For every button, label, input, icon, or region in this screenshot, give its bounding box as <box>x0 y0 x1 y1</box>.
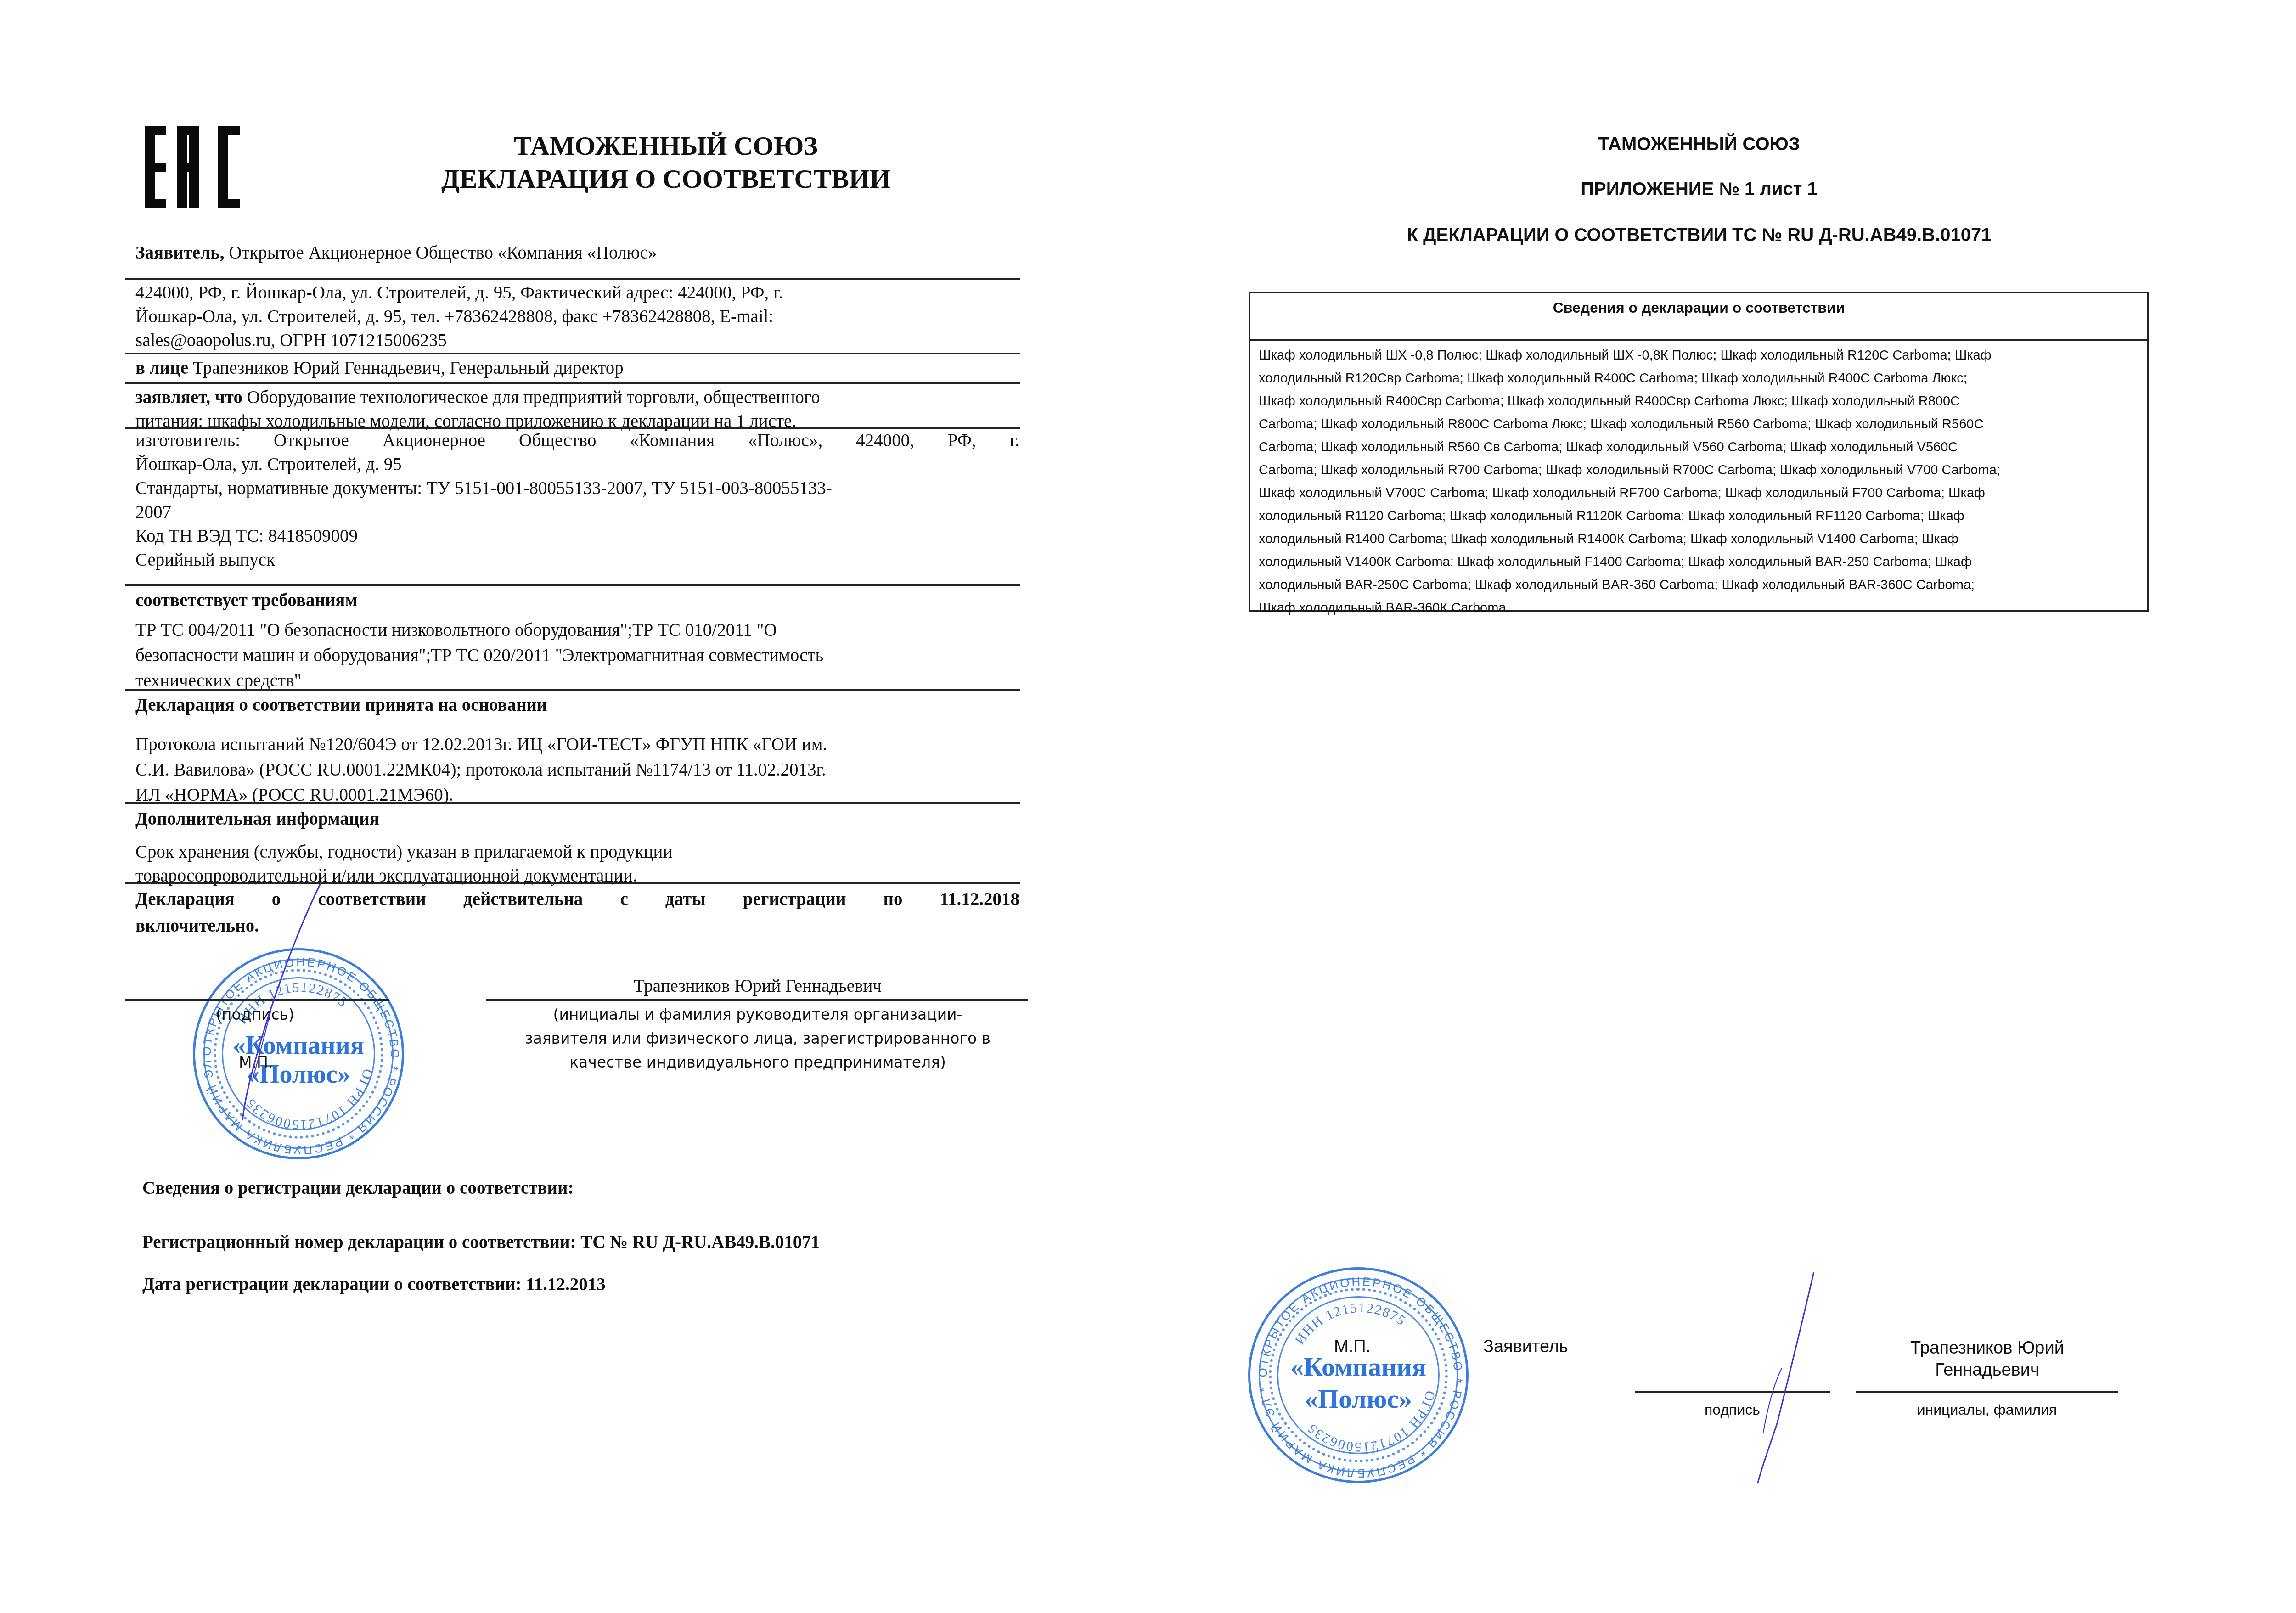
page-title: ТАМОЖЕННЫЙ СОЮЗ ДЕКЛАРАЦИЯ О СООТВЕТСТВИ… <box>321 129 1010 196</box>
signer-name-line: Геннадьевич <box>1855 1359 2119 1381</box>
stamp-place-label: М.П. <box>1334 1337 1371 1357</box>
divider <box>125 278 1020 280</box>
table-header: Сведения о декларации о соответствии <box>1250 293 2147 341</box>
caption-line: (инициалы и фамилия руководителя организ… <box>487 1003 1029 1027</box>
registration-heading: Сведения о регистрации декларации о соот… <box>142 1178 574 1198</box>
registration-date: Дата регистрации декларации о соответств… <box>142 1274 606 1295</box>
title-line-1: ТАМОЖЕННЫЙ СОЮЗ <box>321 129 1010 163</box>
name-line <box>486 999 1028 1001</box>
address-line: Йошкар-Ола, ул. Строителей, д. 95, тел. … <box>135 305 1019 329</box>
signer-name-line: Трапезников Юрий <box>1855 1337 2119 1359</box>
registration-number: Регистрационный номер декларации о соотв… <box>142 1232 820 1253</box>
table-line: холодильный R1120 Carboma; Шкаф холодиль… <box>1259 505 2136 528</box>
name-line <box>1856 1391 2118 1393</box>
table-line: холодильный V1400К Carboma; Шкаф холодил… <box>1259 551 2136 573</box>
signer-name: Трапезников Юрий Геннадьевич <box>487 976 1029 996</box>
table-line: Шкаф холодильный V700С Carboma; Шкаф хол… <box>1259 482 2136 505</box>
divider <box>125 382 1020 384</box>
table-line: Шкаф холодильный ШХ -0,8 Полюс; Шкаф хол… <box>1259 344 2136 367</box>
table-line: Шкаф холодильный BAR-360К Carboma. <box>1259 596 2136 619</box>
applicant-value: Открытое Акционерное Общество «Компания … <box>224 243 657 263</box>
standards-line: 2007 <box>135 500 1019 524</box>
basis-block: Протокола испытаний №120/604Э от 12.02.2… <box>135 732 1019 808</box>
table-line: холодильный R1400 Carboma; Шкаф холодиль… <box>1259 528 2136 551</box>
signature-stroke-icon <box>1699 1267 1818 1488</box>
signer-name: Трапезников Юрий Геннадьевич <box>1855 1337 2119 1381</box>
declaration-details-table: Сведения о декларации о соответствии Шка… <box>1249 292 2149 612</box>
divider <box>125 802 1020 804</box>
table-line: Carboma; Шкаф холодильный R700 Carboma; … <box>1259 459 2136 482</box>
signer-caption: (инициалы и фамилия руководителя организ… <box>487 1003 1029 1074</box>
manufacturer-line: Йошкар-Ола, ул. Строителей, д. 95 <box>135 453 1019 477</box>
basis-heading: Декларация о соответствии принята на осн… <box>135 693 1019 717</box>
appendix-title-line-1: ТАМОЖЕННЫЙ СОЮЗ <box>1249 134 2149 155</box>
declares-block: заявляет, что Оборудование технологическ… <box>135 386 1019 433</box>
divider <box>125 584 1020 586</box>
tn-ved-code: Код ТН ВЭД ТС: 8418509009 <box>135 524 1019 548</box>
title-line-2: ДЕКЛАРАЦИЯ О СООТВЕТСТВИИ <box>321 163 1010 196</box>
basis-line: ИЛ «НОРМА» (РОСС RU.0001.21МЭ60). <box>135 782 1019 808</box>
release-type: Серийный выпуск <box>135 548 1019 572</box>
manufacturer-block: изготовитель: Открытое Акционерное Общес… <box>135 429 1019 572</box>
divider <box>125 353 1020 354</box>
complies-heading: соответствует требованиям <box>135 589 1019 613</box>
caption-line: заявителя или физического лица, зарегист… <box>487 1027 1029 1051</box>
table-line: Carboma; Шкаф холодильный R560 Св Carbom… <box>1259 436 2136 459</box>
table-line: Carboma; Шкаф холодильный R800С Carboma … <box>1259 413 2136 436</box>
signature-stroke-icon <box>207 872 344 1130</box>
requirement-line: безопасности машин и оборудования";ТР ТС… <box>135 643 1019 668</box>
additional-line: Срок хранения (службы, годности) указан … <box>135 840 1019 864</box>
declares-label: заявляет, что <box>135 388 242 407</box>
manufacturer-line: изготовитель: Открытое Акционерное Общес… <box>135 429 1019 453</box>
applicant-label: Заявитель, <box>135 243 224 263</box>
company-stamp: ОТКРЫТОЕ АКЦИОНЕРНОЕ ОБЩЕСТВО * РОССИЯ *… <box>1248 1267 1469 1483</box>
person-row: в лице Трапезников Юрий Геннадьевич, Ген… <box>135 356 1019 380</box>
table-line: холодильный R120Свр Carboma; Шкаф холоди… <box>1259 367 2136 390</box>
address-line: 424000, РФ, г. Йошкар-Ола, ул. Строителе… <box>135 281 1019 305</box>
additional-heading: Дополнительная информация <box>135 807 1019 831</box>
applicant-label: Заявитель <box>1483 1337 1568 1357</box>
standards-line: Стандарты, нормативные документы: ТУ 515… <box>135 477 1019 500</box>
basis-line: Протокола испытаний №120/604Э от 12.02.2… <box>135 732 1019 757</box>
person-value: Трапезников Юрий Геннадьевич, Генеральны… <box>188 358 624 378</box>
requirement-line: ТР ТС 004/2011 "О безопасности низковоль… <box>135 618 1019 643</box>
table-line: холодильный BAR-250С Carboma; Шкаф холод… <box>1259 573 2136 596</box>
table-line: Шкаф холодильный R400Свр Carboma; Шкаф х… <box>1259 390 2136 413</box>
requirements-block: ТР ТС 004/2011 "О безопасности низковоль… <box>135 618 1019 693</box>
stamp-center-text: «Полюс» <box>1250 1383 1466 1414</box>
name-caption: инициалы, фамилия <box>1856 1401 2118 1418</box>
address-line: sales@oaopolus.ru, ОГРН 1071215006235 <box>135 329 1019 353</box>
person-label: в лице <box>135 358 188 378</box>
address-block: 424000, РФ, г. Йошкар-Ола, ул. Строителе… <box>135 281 1019 353</box>
eac-logo-icon <box>145 126 241 208</box>
appendix-title-line-2: ПРИЛОЖЕНИЕ № 1 лист 1 <box>1249 179 2149 200</box>
basis-line: С.И. Вавилова» (РОСС RU.0001.22МК04); пр… <box>135 757 1019 782</box>
declares-value: Оборудование технологическое для предпри… <box>242 388 820 407</box>
applicant-row: Заявитель, Открытое Акционерное Общество… <box>135 241 1019 265</box>
table-body: Шкаф холодильный ШХ -0,8 Полюс; Шкаф хол… <box>1259 344 2136 619</box>
appendix-title-line-3: К ДЕКЛАРАЦИИ О СООТВЕТСТВИИ ТС № RU Д-RU… <box>1249 225 2149 246</box>
caption-line: качестве индивидуального предпринимателя… <box>487 1051 1029 1074</box>
divider <box>125 689 1020 691</box>
